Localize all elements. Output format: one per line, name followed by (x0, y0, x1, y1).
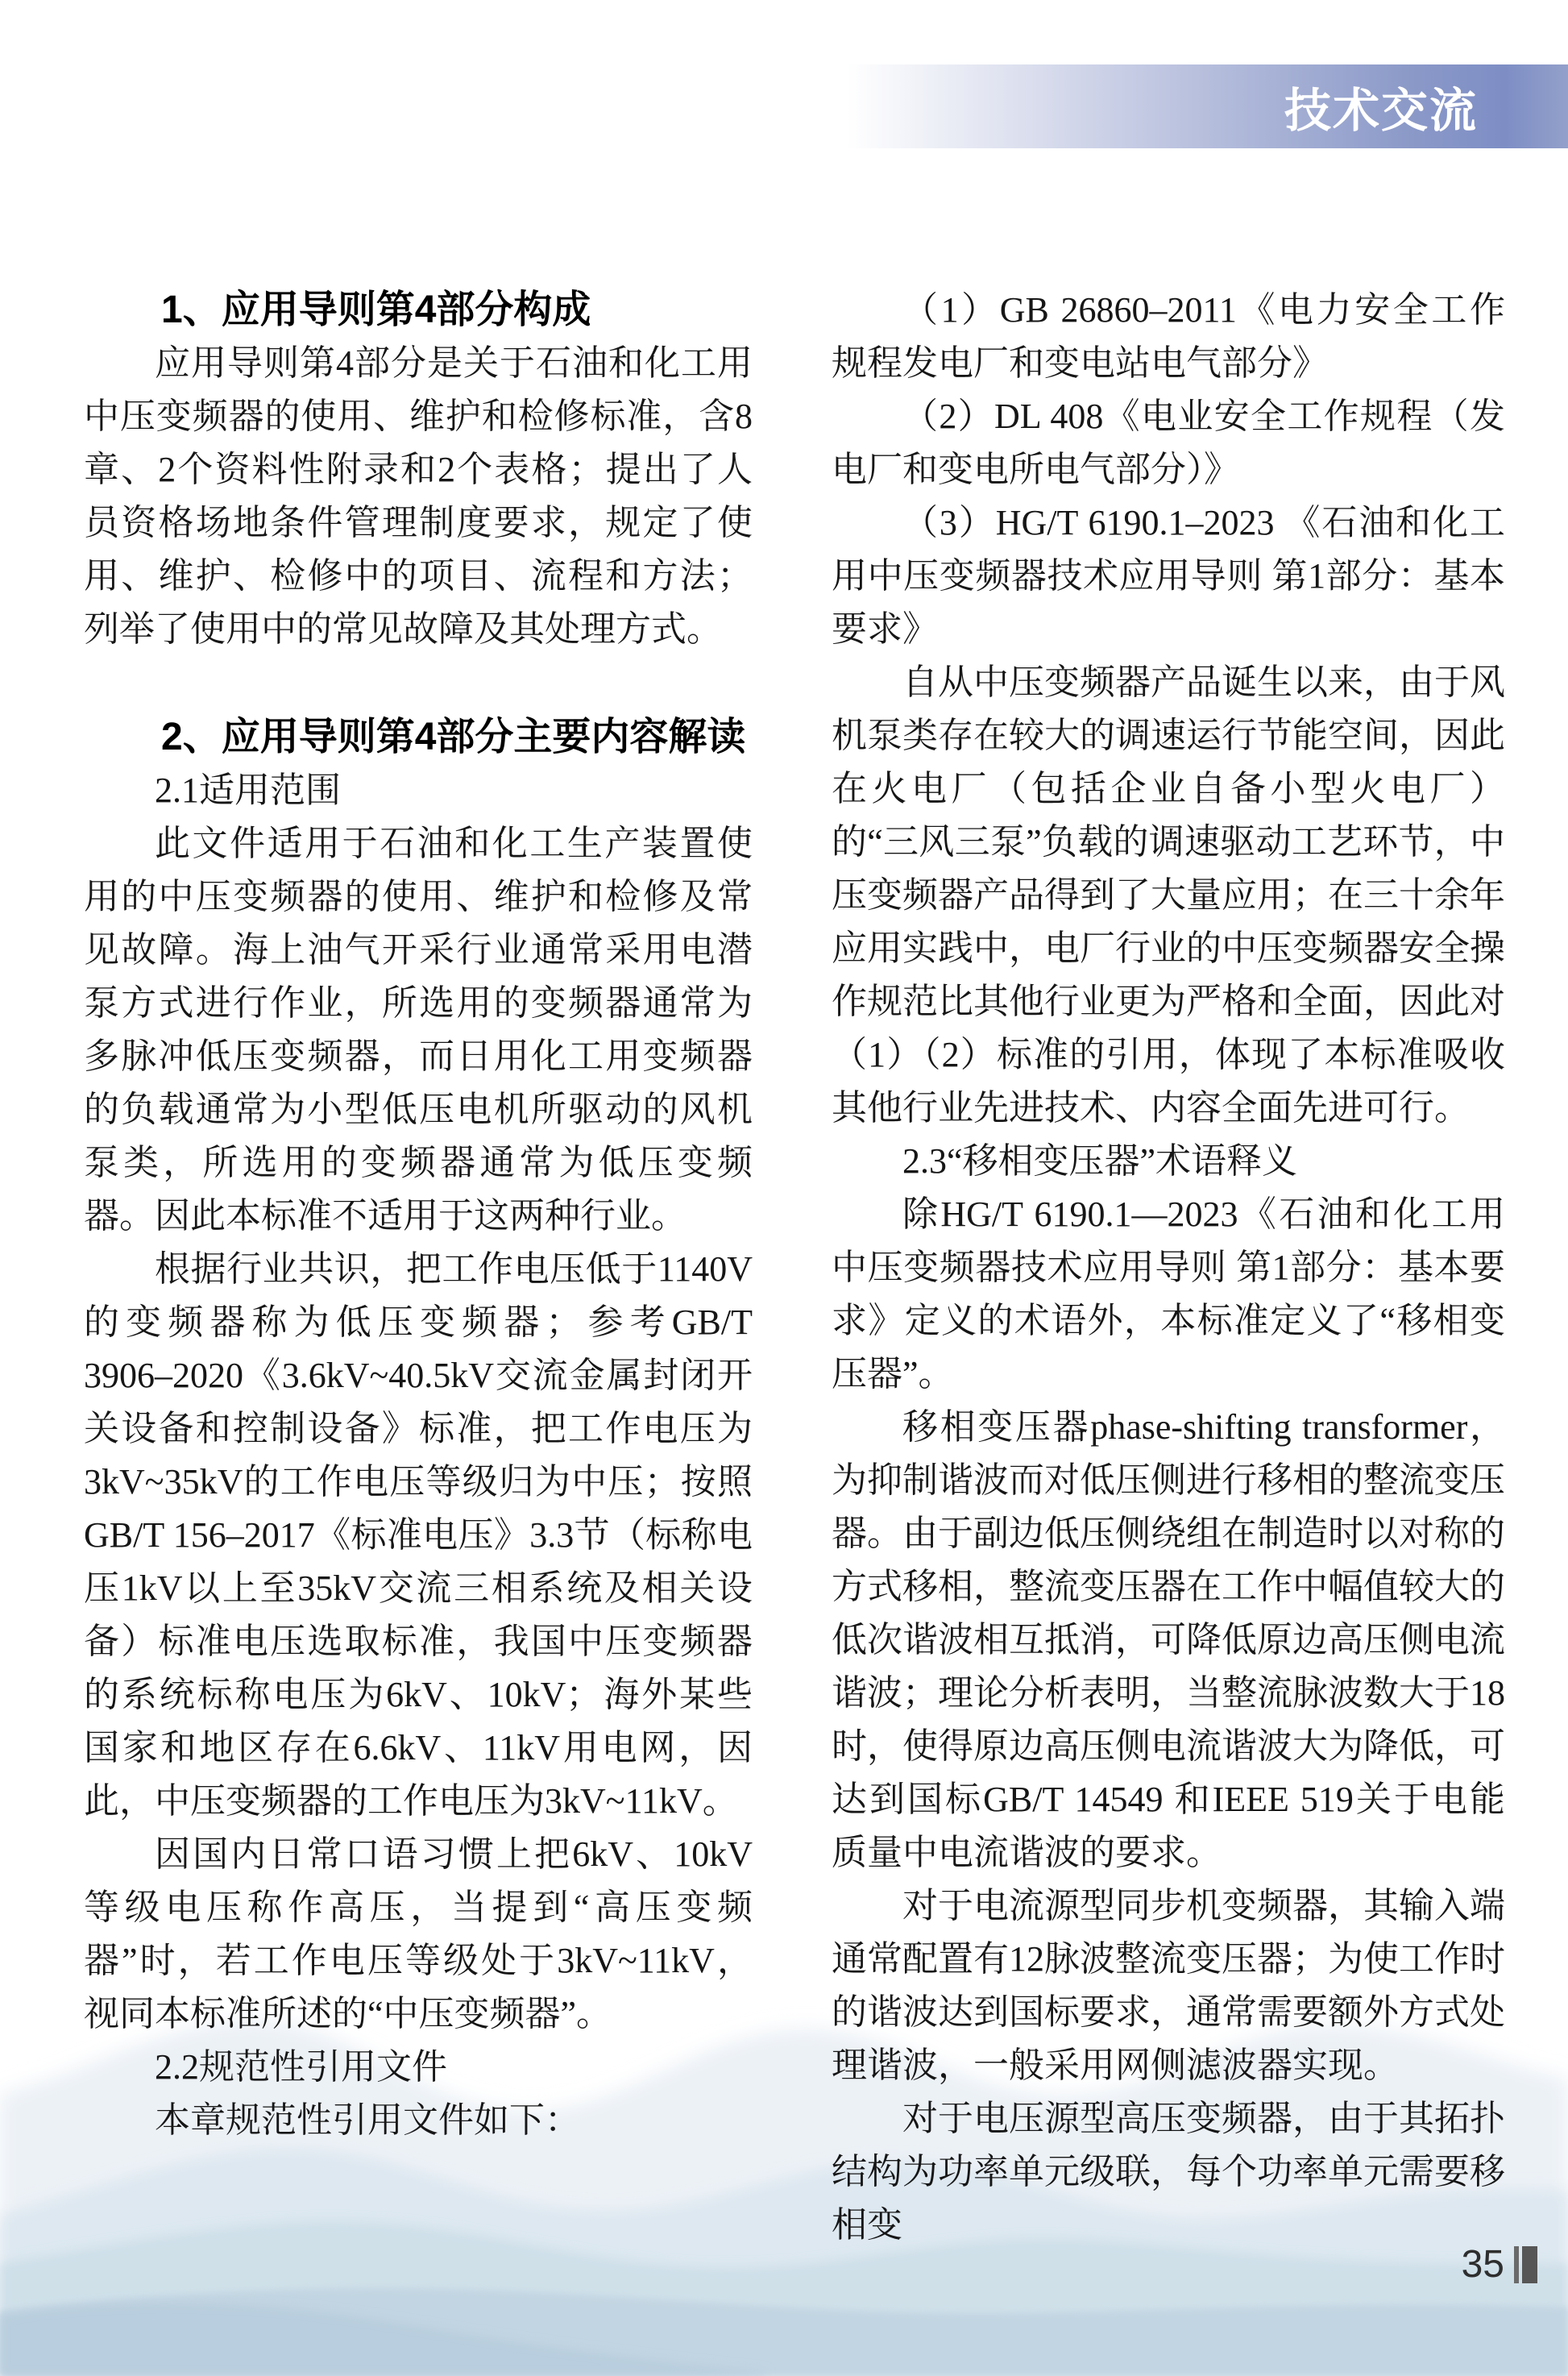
paragraph: 移相变压器phase-shifting transformer，为抑制谐波而对低… (832, 1401, 1505, 1880)
paragraph: 除HG/T 6190.1—2023《石油和化工用中压变频器技术应用导则 第1部分… (832, 1188, 1505, 1401)
section-banner: 技术交流 (0, 64, 1568, 148)
paragraph: 自从中压变频器产品诞生以来，由于风机泵类存在较大的调速运行节能空间，因此在火电厂… (832, 656, 1505, 1135)
reference-item-1: （1）GB 26860–2011《电力安全工作规程发电厂和变电站电气部分》 (832, 284, 1505, 390)
subheading-2-1: 2.1适用范围 (84, 764, 753, 817)
page-number-bar-thin (1514, 2246, 1519, 2283)
paragraph: 对于电压源型高压变频器，由于其拓扑结构为功率单元级联，每个功率单元需要移相变 (832, 2092, 1505, 2252)
subheading-2-3: 2.3“移相变压器”术语释义 (832, 1135, 1505, 1188)
page-number-block: 35 (1462, 2242, 1537, 2287)
paragraph: 对于电流源型同步机变频器，其输入端通常配置有12脉波整流变压器；为使工作时的谐波… (832, 1880, 1505, 2092)
subheading-2-2: 2.2规范性引用文件 (84, 2041, 753, 2094)
paragraph: 此文件适用于石油和化工生产装置使用的中压变频器的使用、维护和检修及常见故障。海上… (84, 817, 753, 1243)
paragraph: 应用导则第4部分是关于石油和化工用中压变频器的使用、维护和检修标准，含8章、2个… (84, 337, 753, 656)
right-column: （1）GB 26860–2011《电力安全工作规程发电厂和变电站电气部分》 （2… (832, 284, 1505, 2252)
page-number: 35 (1462, 2242, 1504, 2287)
section-heading-2: 2、应用导则第4部分主要内容解读 (84, 711, 753, 764)
paragraph: 本章规范性引用文件如下： (84, 2094, 753, 2147)
reference-item-3: （3）HG/T 6190.1–2023 《石油和化工用中压变频器技术应用导则 第… (832, 496, 1505, 656)
reference-item-2: （2）DL 408《电业安全工作规程（发电厂和变电所电气部分）》 (832, 390, 1505, 496)
paragraph: 根据行业共识，把工作电压低于1140V的变频器称为低压变频器；参考GB/T 39… (84, 1243, 753, 1828)
journal-page: 技术交流 1、应用导则第4部分构成 应用导则第4部分是关于石油和化工用中压变频器… (0, 0, 1568, 2376)
left-column: 1、应用导则第4部分构成 应用导则第4部分是关于石油和化工用中压变频器的使用、维… (84, 284, 753, 2147)
paragraph: 因国内日常口语习惯上把6kV、10kV等级电压称作高压，当提到“高压变频器”时，… (84, 1828, 753, 2041)
section-heading-1: 1、应用导则第4部分构成 (84, 284, 753, 337)
page-number-bar-thick (1522, 2246, 1537, 2283)
banner-title: 技术交流 (1284, 73, 1478, 140)
